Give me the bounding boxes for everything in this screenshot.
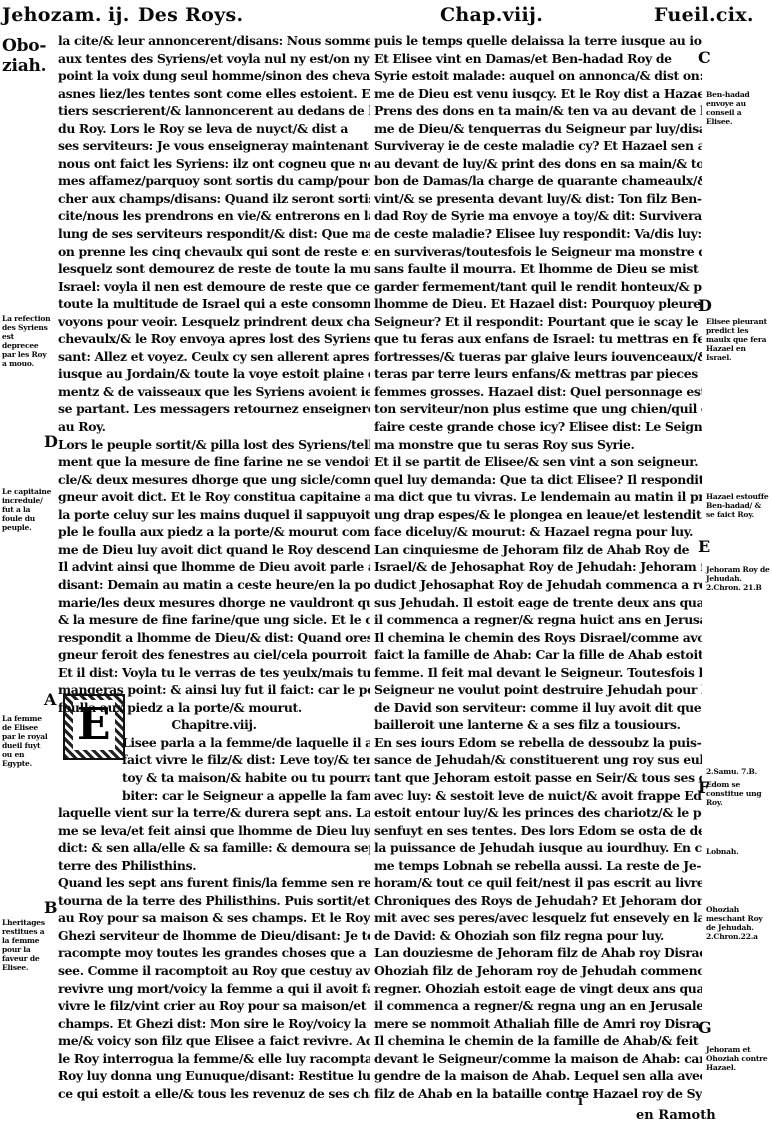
text-line: cher aux champs/disans: Quand ilz seront… bbox=[58, 190, 370, 208]
text-line: Il advint ainsi que lhomme de Dieu avoit… bbox=[58, 558, 370, 576]
text-line: aux tentes des Syriens/et voyla nul ny e… bbox=[58, 50, 370, 68]
text-line: gneur avoit dict. Et le Roy constitua ca… bbox=[58, 488, 370, 506]
text-line: estoit entour luy/& les princes des char… bbox=[374, 804, 702, 822]
text-line: Lan douziesme de Jehoram filz de Ahab ro… bbox=[374, 944, 702, 962]
text-line: foulla aux piedz a la porte/& mourut. bbox=[58, 699, 370, 717]
section-marker: C bbox=[698, 48, 711, 67]
text-line: Et Elisee vint en Damas/et Ben-hadad Roy… bbox=[374, 50, 702, 68]
text-line: voyons pour veoir. Lesquelz prindrent de… bbox=[58, 313, 370, 331]
text-line: avec luy: & sestoit leve de nuict/& avoi… bbox=[374, 787, 702, 805]
margin-note: La femme de Elisee par le royal dueil fu… bbox=[2, 714, 52, 768]
margin-note: Jehoram Roy de Jehudah. 2.Chron. 21.B bbox=[706, 565, 770, 592]
text-line: mere se nommoit Athaliah fille de Amri r… bbox=[374, 1015, 702, 1033]
text-line: lhomme de Dieu. Et Hazael dist: Pourquoy… bbox=[374, 295, 702, 313]
text-line: filz de Ahab en la bataille contre Hazae… bbox=[374, 1085, 702, 1103]
text-line: la porte celuy sur les mains duquel il s… bbox=[58, 506, 370, 524]
text-line: faict vivre le filz/& dist: Leve toy/& t… bbox=[58, 751, 370, 769]
text-line: mit avec ses peres/avec lesquelz fut ens… bbox=[374, 909, 702, 927]
text-line: femme. Il feit mal devant le Seigneur. T… bbox=[374, 664, 702, 682]
text-line: biter: car le Seigneur a appelle la fami… bbox=[58, 787, 370, 805]
text-line: Surviveray ie de ceste maladie cy? Et Ha… bbox=[374, 137, 702, 155]
text-line: on prenne les cinq chevaulx qui sont de … bbox=[58, 243, 370, 261]
text-line: dict: & sen alla/elle & sa famille: & de… bbox=[58, 839, 370, 857]
text-line: mes affamez/parquoy sont sortis du camp/… bbox=[58, 172, 370, 190]
text-line: ma dict que tu vivras. Le lendemain au m… bbox=[374, 488, 702, 506]
margin-note: Ben-hadad envoye au conseil a Elisee. bbox=[706, 90, 770, 126]
text-line: du Roy. Lors le Roy se leva de nuyct/& d… bbox=[58, 120, 370, 138]
text-line: faire ceste grande chose icy? Elisee dis… bbox=[374, 418, 702, 436]
section-marker: E bbox=[698, 537, 710, 556]
text-line: sans faulte il mourra. Et lhomme de Dieu… bbox=[374, 260, 702, 278]
section-marker: A bbox=[44, 690, 56, 709]
signature-mark: i bbox=[578, 1094, 583, 1109]
running-head-chapter: Chap.viij. bbox=[440, 4, 543, 26]
text-line: Roy luy donna ung Eunuque/disant: Restit… bbox=[58, 1067, 370, 1085]
text-line: racompte moy toutes les grandes choses q… bbox=[58, 944, 370, 962]
text-line: & la mesure de fine farine/que ung sicle… bbox=[58, 611, 370, 629]
text-line: Quand les sept ans furent finis/la femme… bbox=[58, 874, 370, 892]
text-line: garder fermement/tant quil le rendit hon… bbox=[374, 278, 702, 296]
text-line: dudict Jehosaphat Roy de Jehudah commenc… bbox=[374, 576, 702, 594]
text-line: au Roy. bbox=[58, 418, 370, 436]
text-line: ung drap espes/& le plongea en leaue/et … bbox=[374, 506, 702, 524]
text-line: ses serviteurs: Je vous enseigneray main… bbox=[58, 137, 370, 155]
right-text-column: puis le temps quelle delaissa la terre i… bbox=[374, 32, 702, 1102]
text-line: Israel: voyla il nen est demoure de rest… bbox=[58, 278, 370, 296]
text-line: cle/& deux mesures dhorge que ung sicle/… bbox=[58, 471, 370, 489]
text-line: sance de Jehudah/& constituerent ung roy… bbox=[374, 751, 702, 769]
text-line: Lisee parla a la femme/de laquelle il av… bbox=[58, 734, 370, 752]
margin-note: Obo-ziah. bbox=[2, 36, 46, 76]
text-line: faict la famille de Ahab: Car la fille d… bbox=[374, 646, 702, 664]
text-line: vivre le filz/vint crier au Roy pour sa … bbox=[58, 997, 370, 1015]
text-line: ce qui estoit a elle/& tous les revenuz … bbox=[58, 1085, 370, 1103]
text-line: bon de Damas/la charge de quarante chame… bbox=[374, 172, 702, 190]
text-line: senfuyt en ses tentes. Des lors Edom se … bbox=[374, 822, 702, 840]
text-line: me se leva/et feit ainsi que lhomme de D… bbox=[58, 822, 370, 840]
margin-note: Le capitaine incredule/ fut a la foule d… bbox=[2, 487, 52, 532]
margin-note: Jehoram et Ohoziah contre Hazael. bbox=[706, 1045, 770, 1072]
text-line: lesquelz sont demourez de reste de toute… bbox=[58, 260, 370, 278]
text-line: devant le Seigneur/comme la maison de Ah… bbox=[374, 1050, 702, 1068]
margin-note: Ohoziah meschant Roy de Jehudah. 2.Chron… bbox=[706, 905, 770, 941]
text-line: respondit a lhomme de Dieu/& dist: Quand… bbox=[58, 629, 370, 647]
text-line: ple le foulla aux piedz a la porte/& mou… bbox=[58, 523, 370, 541]
text-line: marie/les deux mesures dhorge ne vauldro… bbox=[58, 594, 370, 612]
text-line: toy & ta maison/& habite ou tu pourras h… bbox=[58, 769, 370, 787]
text-line: champs. Et Ghezi dist: Mon sire le Roy/v… bbox=[58, 1015, 370, 1033]
text-line: Lan cinquiesme de Jehoram filz de Ahab R… bbox=[374, 541, 702, 559]
text-line: bailleroit une lanterne & a ses filz a t… bbox=[374, 716, 702, 734]
text-line: regner. Ohoziah estoit eage de vingt deu… bbox=[374, 980, 702, 998]
text-line: horam/& tout ce quil feit/nest il pas es… bbox=[374, 874, 702, 892]
text-line: En ses iours Edom se rebella de dessoubz… bbox=[374, 734, 702, 752]
text-line: Lors le peuple sortit/& pilla lost des S… bbox=[58, 436, 370, 454]
text-line: gneur feroit des fenestres au ciel/cela … bbox=[58, 646, 370, 664]
text-line: tant que Jehoram estoit passe en Seir/& … bbox=[374, 769, 702, 787]
text-line: quel luy demanda: Que ta dict Elisee? Il… bbox=[374, 471, 702, 489]
running-head-name: Jehozam. bbox=[2, 4, 102, 26]
text-line: Seigneur? Et il respondit: Pourtant que … bbox=[374, 313, 702, 331]
text-line: point la voix dung seul homme/sinon des … bbox=[58, 67, 370, 85]
text-line: vint/& se presenta devant luy/& dist: To… bbox=[374, 190, 702, 208]
text-line: Syrie estoit malade: auquel on annonca/&… bbox=[374, 67, 702, 85]
text-line: que tu feras aux enfans de Israel: tu me… bbox=[374, 330, 702, 348]
text-line: femmes grosses. Hazael dist: Quel person… bbox=[374, 383, 702, 401]
text-line: me temps Lobnah se rebella aussi. La res… bbox=[374, 857, 702, 875]
text-line: Ohoziah filz de Jehoram roy de Jehudah c… bbox=[374, 962, 702, 980]
text-line: Il chemina le chemin des Roys Disrael/co… bbox=[374, 629, 702, 647]
text-line: sus Jehudah. Il estoit eage de trente de… bbox=[374, 594, 702, 612]
margin-note: Hazael estouffe Ben-hadad/ & se faict Ro… bbox=[706, 492, 770, 519]
text-line: gendre de la maison de Ahab. Lequel sen … bbox=[374, 1067, 702, 1085]
text-line: me de Dieu/& tenquerras du Seigneur par … bbox=[374, 120, 702, 138]
text-line: Israel/& de Jehosaphat Roy de Jehudah: J… bbox=[374, 558, 702, 576]
text-line: lung de ses serviteurs respondit/& dist:… bbox=[58, 225, 370, 243]
margin-note: La refection des Syriens est deprecee pa… bbox=[2, 314, 52, 368]
text-line: de ceste maladie? Elisee luy respondit: … bbox=[374, 225, 702, 243]
text-line: disant: Demain au matin a ceste heure/en… bbox=[58, 576, 370, 594]
text-line: au Roy pour sa maison & ses champs. Et l… bbox=[58, 909, 370, 927]
text-line: chevaulx/& le Roy envoya apres lost des … bbox=[58, 330, 370, 348]
text-line: sant: Allez et voyez. Ceulx cy sen aller… bbox=[58, 348, 370, 366]
text-line: me/& voicy son filz que Elisee a faict r… bbox=[58, 1032, 370, 1050]
text-line: see. Comme il racomptoit au Roy que cest… bbox=[58, 962, 370, 980]
margin-note: Lobnah. bbox=[706, 847, 770, 856]
section-marker: B bbox=[44, 898, 58, 917]
text-line: iusque au Jordain/& toute la voye estoit… bbox=[58, 365, 370, 383]
margin-note: Edom se constitue ung Roy. bbox=[706, 780, 770, 807]
text-line: face diceluy/& mourut: & Hazael regna po… bbox=[374, 523, 702, 541]
text-line: mangeras point: & ainsi luy fut il faict… bbox=[58, 681, 370, 699]
text-line: de David son serviteur: comme il luy avo… bbox=[374, 699, 702, 717]
section-marker: D bbox=[698, 296, 712, 315]
margin-note: Elisee pleurant predict les maulx que fe… bbox=[706, 317, 770, 362]
section-marker: F bbox=[698, 778, 709, 797]
text-line: Et il se partit de Elisee/& sen vint a s… bbox=[374, 453, 702, 471]
text-line: Ghezi serviteur de lhomme de Dieu/disant… bbox=[58, 927, 370, 945]
text-line: me de Dieu luy avoit dict quand le Roy d… bbox=[58, 541, 370, 559]
running-head-book-number: ij. bbox=[108, 4, 130, 26]
text-line: laquelle vient sur la terre/& durera sep… bbox=[58, 804, 370, 822]
text-line: me de Dieu est venu iusqcy. Et le Roy di… bbox=[374, 85, 702, 103]
text-line: en surviveras/toutesfois le Seigneur ma … bbox=[374, 243, 702, 261]
margin-note: 2.Samu. 7.B. bbox=[706, 767, 770, 776]
text-line: le Roy interrogua la femme/& elle luy ra… bbox=[58, 1050, 370, 1068]
section-marker: D bbox=[44, 432, 58, 451]
text-line: se partant. Les messagers retournez ense… bbox=[58, 400, 370, 418]
text-line: terre des Philisthins. bbox=[58, 857, 370, 875]
text-line: puis le temps quelle delaissa la terre i… bbox=[374, 32, 702, 50]
text-line: fortresses/& tueras par glaive leurs iou… bbox=[374, 348, 702, 366]
margin-note: Lheritages restitues a la femme pour la … bbox=[2, 918, 52, 972]
left-text-column: la cite/& leur annoncerent/disans: Nous … bbox=[58, 32, 370, 1102]
text-line: tourna de la terre des Philisthins. Puis… bbox=[58, 892, 370, 910]
text-line: toute la multitude de Israel qui a este … bbox=[58, 295, 370, 313]
text-line: Prens des dons en ta main/& ten va au de… bbox=[374, 102, 702, 120]
text-line: revivre ung mort/voicy la femme a qui il… bbox=[58, 980, 370, 998]
text-line: au devant de luy/& print des dons en sa … bbox=[374, 155, 702, 173]
text-line: Et il dist: Voyla tu le verras de tes ye… bbox=[58, 664, 370, 682]
text-line: ma monstre que tu seras Roy sus Syrie. bbox=[374, 436, 702, 454]
text-line: cite/nous les prendrons en vie/& entrero… bbox=[58, 207, 370, 225]
text-line: Chapitre.viij. bbox=[58, 716, 370, 734]
running-head-book-title: Des Roys. bbox=[138, 4, 243, 26]
text-line: la puissance de Jehudah iusque au iourdh… bbox=[374, 839, 702, 857]
text-line: il commenca a regner/& regna ung an en J… bbox=[374, 997, 702, 1015]
text-line: Seigneur ne voulut point destruire Jehud… bbox=[374, 681, 702, 699]
catchword: en Ramoth bbox=[636, 1108, 716, 1123]
folio-number: Fueil.cix. bbox=[654, 4, 754, 26]
text-line: dad Roy de Syrie ma envoye a toy/& dit: … bbox=[374, 207, 702, 225]
text-line: Il chemina le chemin de la famille de Ah… bbox=[374, 1032, 702, 1050]
text-line: mentz & de vaisseaux que les Syriens avo… bbox=[58, 383, 370, 401]
text-line: la cite/& leur annoncerent/disans: Nous … bbox=[58, 32, 370, 50]
text-line: Chroniques des Roys de Jehudah? Et Jehor… bbox=[374, 892, 702, 910]
text-line: teras par terre leurs enfans/& mettras p… bbox=[374, 365, 702, 383]
text-line: de David: & Ohoziah son filz regna pour … bbox=[374, 927, 702, 945]
section-marker: G bbox=[698, 1018, 712, 1037]
text-line: il commenca a regner/& regna huict ans e… bbox=[374, 611, 702, 629]
text-line: tiers sescrierent/& lannoncerent au deda… bbox=[58, 102, 370, 120]
text-line: ment que la mesure de fine farine ne se … bbox=[58, 453, 370, 471]
text-line: nous ont faict les Syriens: ilz ont cogn… bbox=[58, 155, 370, 173]
text-line: asnes liez/les tentes sont come elles es… bbox=[58, 85, 370, 103]
text-line: ton serviteur/non plus estime que ung ch… bbox=[374, 400, 702, 418]
